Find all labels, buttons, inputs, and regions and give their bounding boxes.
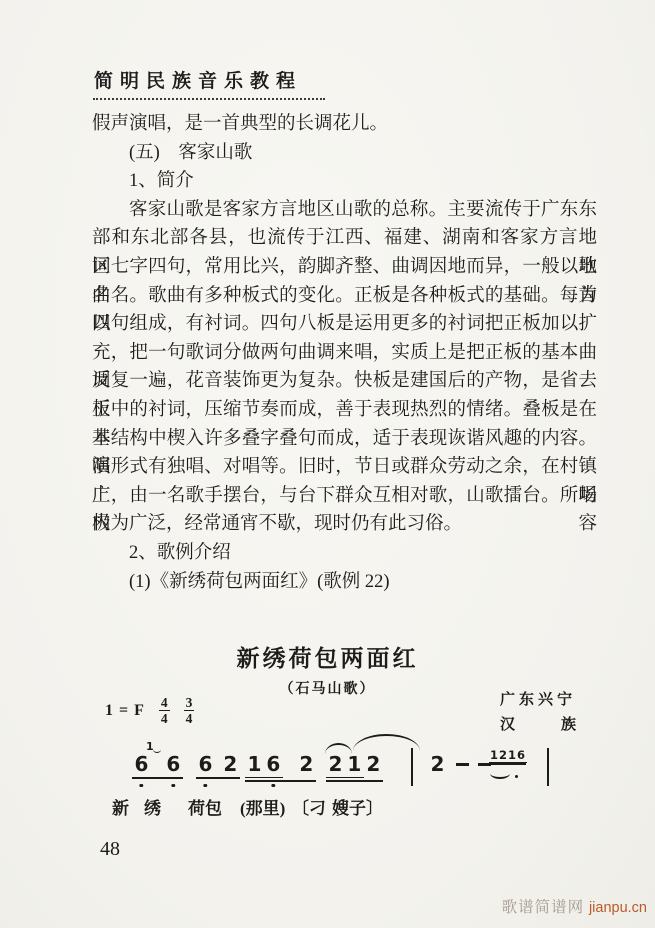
note-group-1: 6 1 6	[132, 754, 183, 779]
watermark: 歌谱简谱网 jianpu.cn	[502, 895, 647, 917]
text-line: 词七字四句，常用比兴，韵脚齐整、曲调因地而异，一般以地名为	[92, 253, 597, 282]
watermark-site-name: 歌谱简谱网	[502, 899, 589, 916]
tie-slur-across-barline	[353, 734, 420, 751]
text-line: 唱形式有独唱、对唱等。旧时，节日或群众劳动之余，在村镇广场	[92, 453, 597, 482]
section-heading: (五) 客家山歌	[92, 139, 597, 168]
note: 2	[297, 754, 316, 775]
text-line: 反复一遍，花音装饰更为复杂。快板是建国后的产物，是省去正	[92, 367, 597, 396]
note: 2	[221, 754, 240, 775]
watermark-site-url: jianpu.cn	[589, 900, 647, 916]
note: 1	[245, 754, 264, 775]
text-line: 四句组成，有衬词。四句八板是运用更多的衬词把正板加以扩	[92, 310, 597, 339]
jianpu-score: 6 1 6 6 2 1 6 2	[0, 728, 655, 838]
page-number: 48	[100, 838, 120, 861]
octave-dot	[515, 775, 518, 778]
lyric-syllable: 新	[112, 794, 129, 819]
note: 2	[364, 754, 383, 775]
key-and-meter: 1 = F 4 4 3 4	[105, 696, 194, 725]
subsection-heading: 1、简介	[92, 167, 597, 196]
text-line: 充，把一句歌词分做两句曲调来唱，实质上是把正板的基本曲调	[92, 339, 597, 368]
header-dotted-rule	[93, 84, 325, 100]
lyric-syllable: 荷包	[188, 794, 222, 819]
duration-dash	[478, 763, 491, 766]
note-group-5: 2	[428, 754, 491, 775]
lyrics-line: 新 绣 荷包 (那里) 〔刁 嫂子〕	[0, 794, 655, 822]
text-line: 曲名。歌曲有多种板式的变化。正板是各种板式的基础。每首以	[92, 282, 597, 311]
scanned-textbook-page: 简明民族音乐教程 假声演唱，是一首典型的长调花儿。 (五) 客家山歌 1、简介 …	[0, 0, 655, 928]
note: 6	[132, 754, 151, 775]
text-line: 板中的衬词，压缩节奏而成，善于表现热烈的情绪。叠板是在基	[92, 396, 597, 425]
note-group-4: 2 1 2	[326, 754, 383, 782]
text-line: 客家山歌是客家方言地区山歌的总称。主要流传于广东东	[92, 196, 597, 225]
note: 6	[264, 754, 283, 775]
key-signature: 1 = F	[105, 702, 145, 720]
grace-note: 1	[146, 741, 154, 752]
note-group-3: 1 6 2	[245, 754, 316, 782]
song-example-reference: (1)《新绣荷包两面红》(歌例 22)	[92, 568, 597, 597]
time-signature-3-4: 3 4	[184, 696, 195, 725]
note: 6	[196, 754, 215, 775]
note-group-2: 6 2	[196, 754, 240, 779]
lyric-interjection: 〔刁	[292, 794, 326, 819]
note: 2	[428, 754, 447, 775]
grace-note-run: 1216	[489, 749, 527, 763]
text-line: 假声演唱，是一首典型的长调花儿。	[92, 110, 597, 139]
article-body: 假声演唱，是一首典型的长调花儿。 (五) 客家山歌 1、简介 客家山歌是客家方言…	[92, 110, 597, 596]
barline	[547, 748, 549, 786]
text-line: 本结构中楔入许多叠字叠句而成，适于表现诙谐风趣的内容。演	[92, 425, 597, 454]
text-line: 上，由一名歌手摆台，与台下群众互相对歌，山歌擂台。所唱内容	[92, 482, 597, 511]
duration-dash	[456, 763, 469, 766]
text-line: 部和东北部各县，也流传于江西、福建、湖南和客家方言地区。歌	[92, 224, 597, 253]
meter-numerator: 4	[159, 696, 170, 711]
origin-region: 广东兴宁	[500, 688, 576, 709]
note: 6	[164, 754, 183, 775]
meter-denominator: 4	[186, 711, 193, 725]
meter-denominator: 4	[161, 711, 168, 725]
time-signature-4-4: 4 4	[159, 696, 170, 725]
note: 1	[345, 754, 364, 775]
song-title: 新绣荷包两面红	[0, 640, 655, 673]
lyric-interjection: (那里)	[240, 794, 285, 819]
meter-numerator: 3	[184, 696, 195, 711]
portamento-curve	[490, 768, 510, 779]
note: 2	[326, 754, 345, 775]
subsection-heading: 2、歌例介绍	[92, 539, 597, 568]
lyric-interjection: 嫂子〕	[332, 794, 383, 819]
barline	[411, 748, 413, 786]
lyric-syllable: 绣	[144, 794, 161, 819]
